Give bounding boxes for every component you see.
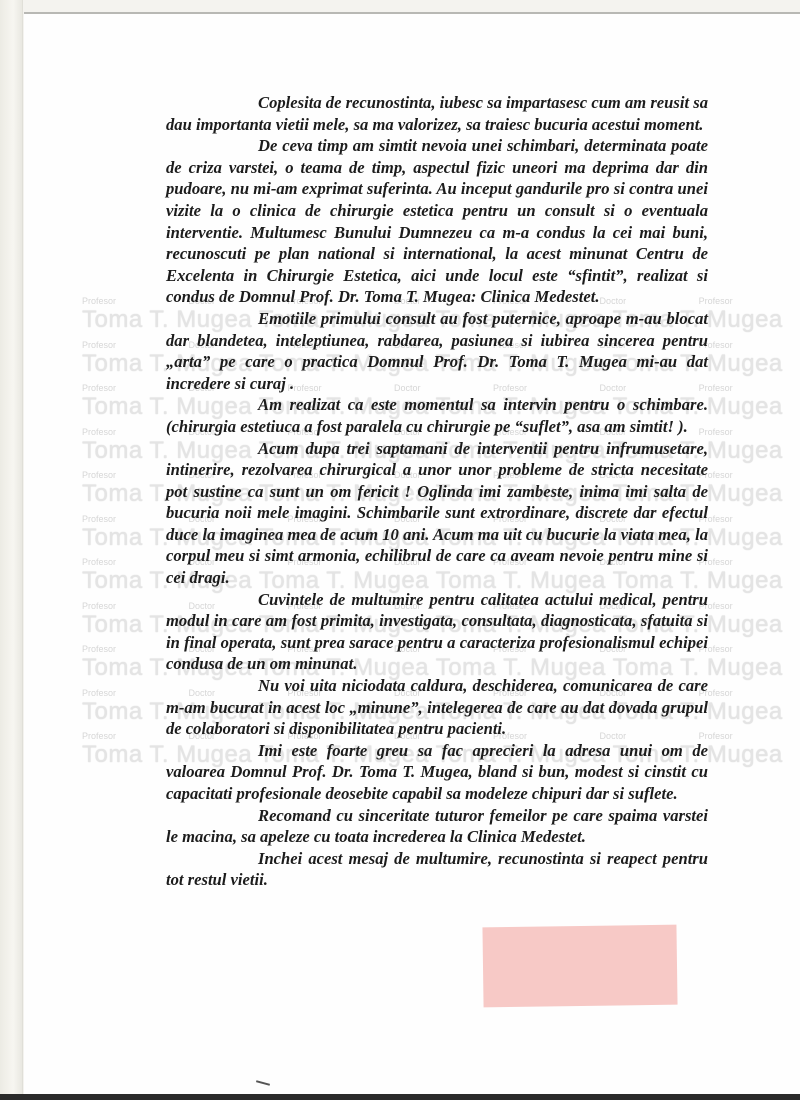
signature-redaction [482,925,677,1008]
scanner-bottom-edge [0,1094,800,1100]
paragraph: Imi este foarte greu sa fac aprecieri la… [166,740,708,805]
paragraph: Recomand cu sinceritate tuturor femeilor… [166,805,708,848]
letter-body: Coplesita de recunostinta, iubesc sa imp… [166,92,708,891]
paragraph: De ceva timp am simtit nevoia unei schim… [166,135,708,308]
paragraph: Acum dupa trei saptamani de interventii … [166,438,708,589]
paragraph: Coplesita de recunostinta, iubesc sa imp… [166,92,708,135]
paragraph: Emotiile primului consult au fost putern… [166,308,708,394]
scanner-left-edge [0,0,23,1100]
paragraph: Am realizat ca este momentul sa intervin… [166,394,708,437]
paragraph: Cuvintele de multumire pentru calitatea … [166,589,708,675]
paragraph: Nu voi uita niciodata caldura, deschider… [166,675,708,740]
paragraph: Inchei acest mesaj de multumire, recunos… [166,848,708,891]
